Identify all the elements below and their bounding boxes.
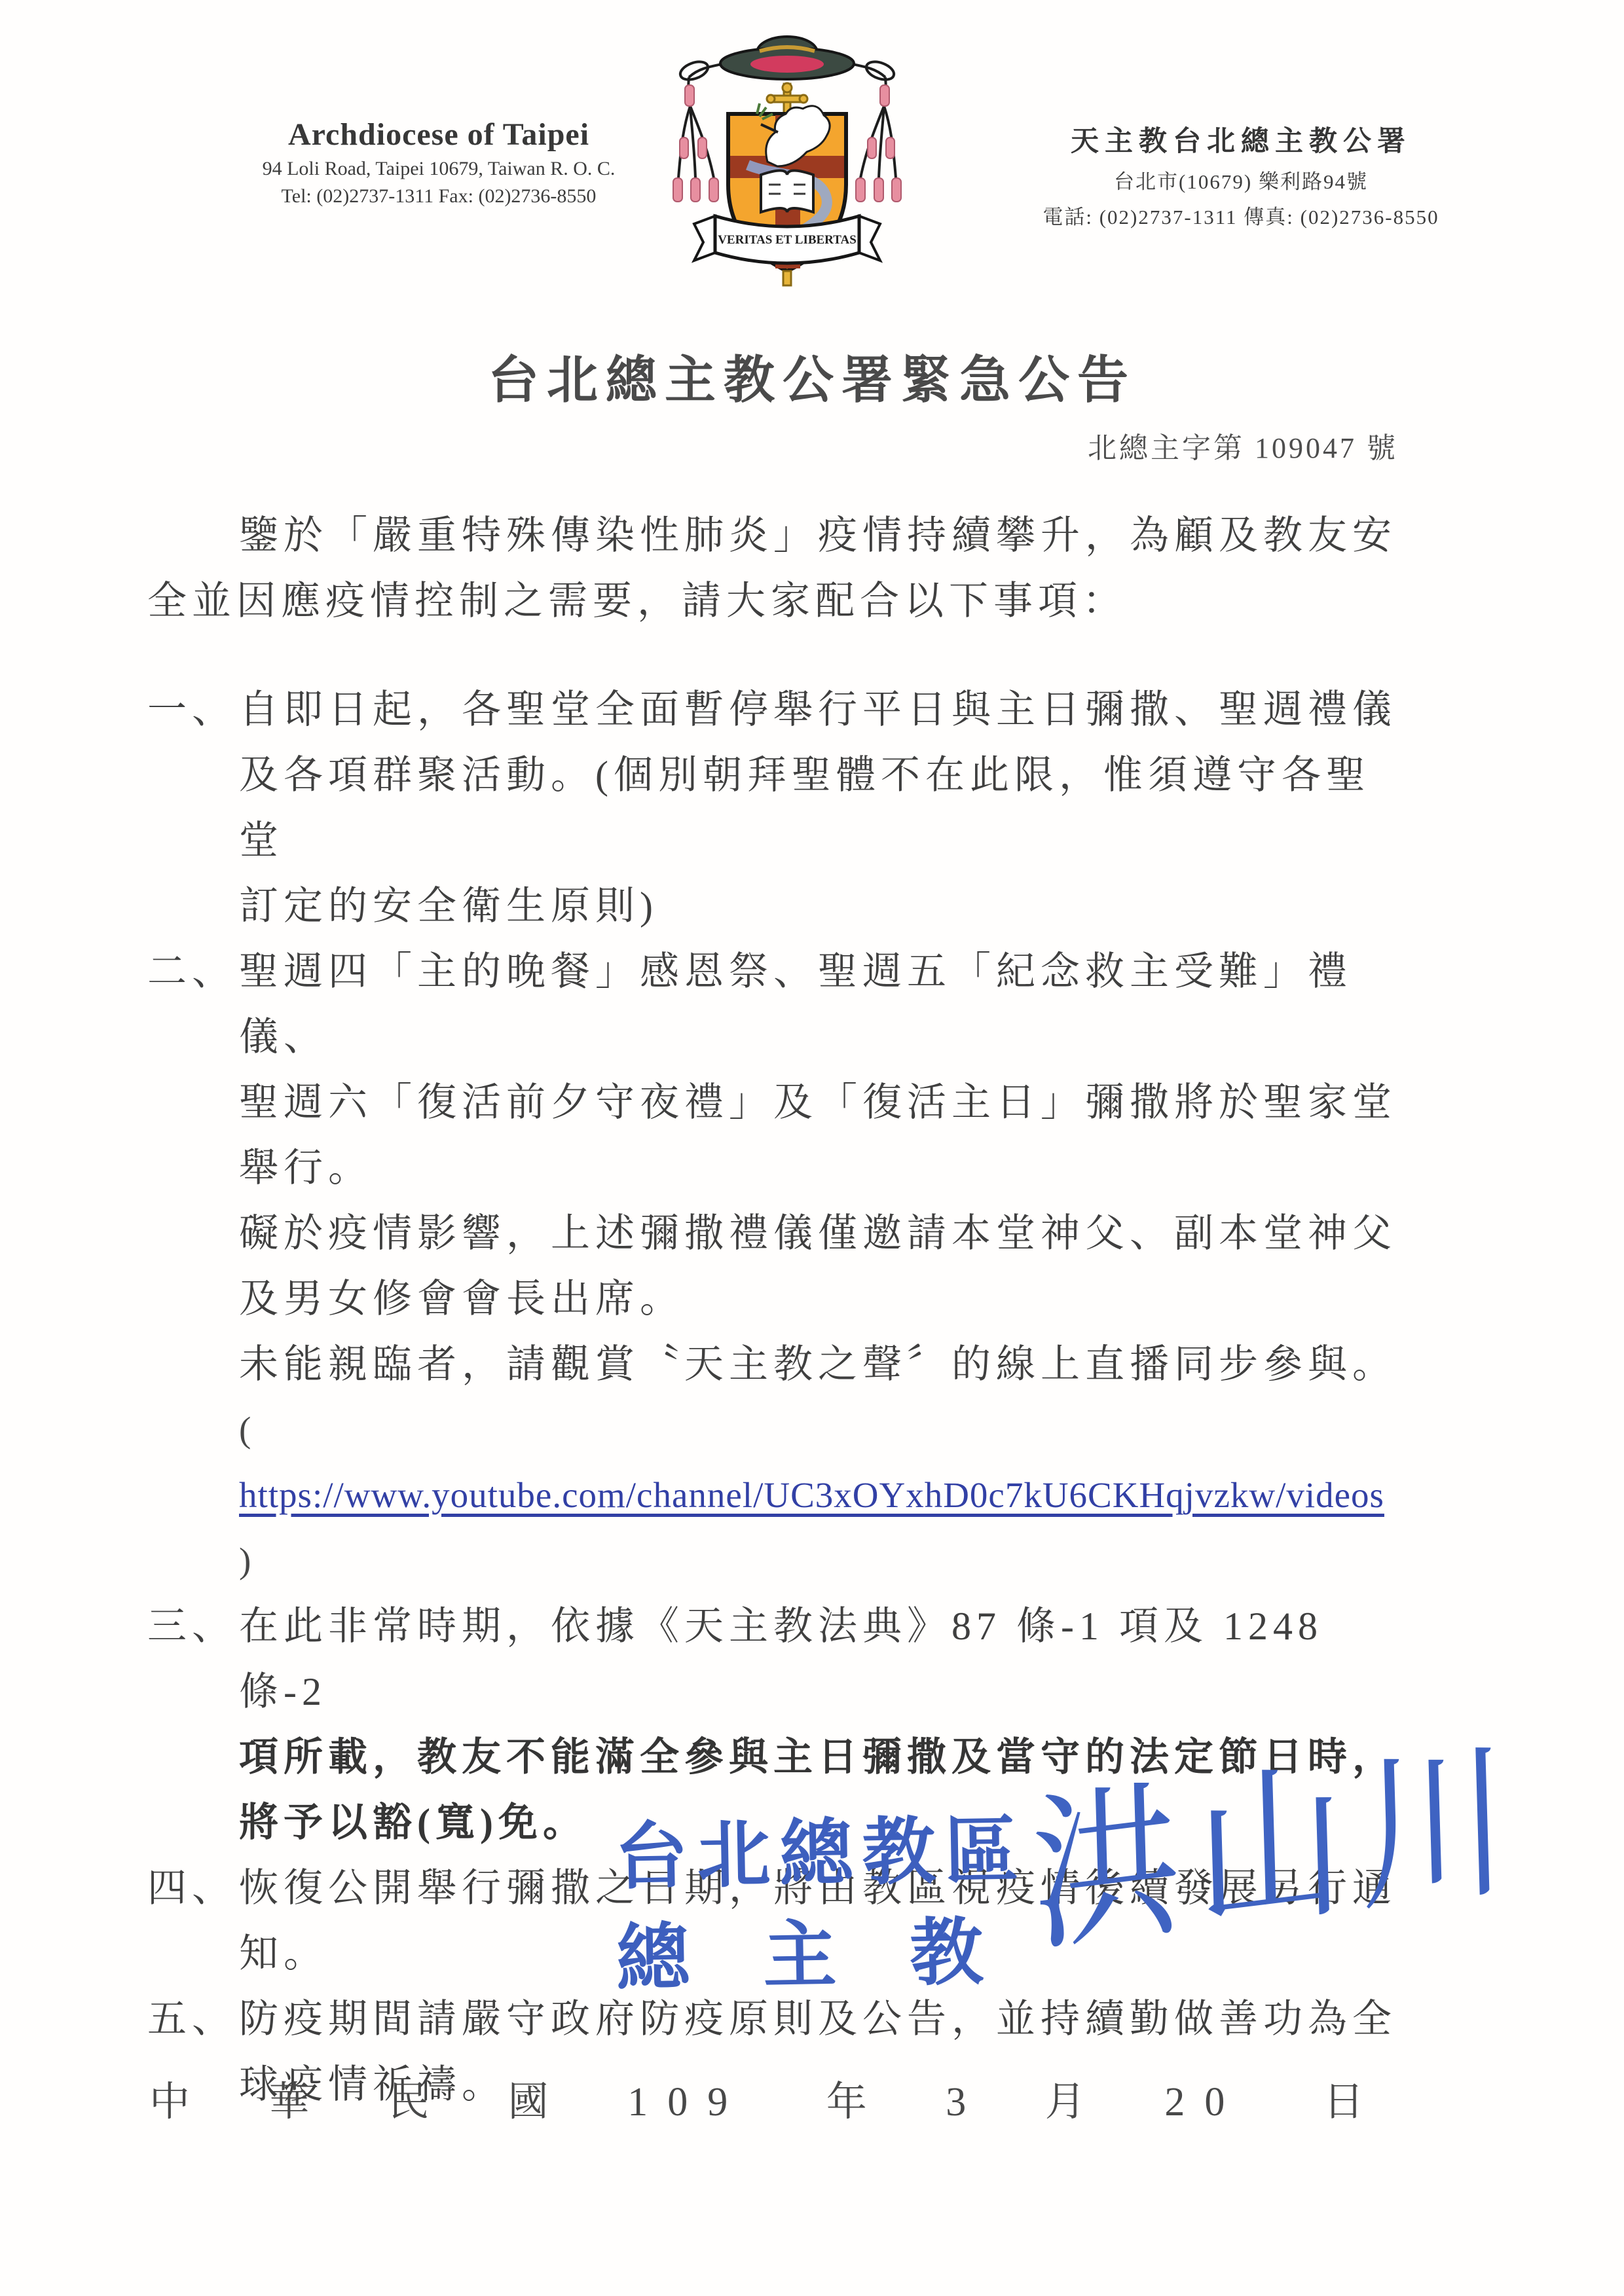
phone-fax-en: Tel: (02)2737-1311 Fax: (02)2736-8550 [210, 185, 668, 208]
address-en: 94 Loli Road, Taipei 10679, Taiwan R. O.… [210, 158, 668, 180]
date-part: 華 [269, 2069, 310, 2127]
phone-fax-zh: 電話: (02)2737-1311 傳真: (02)2736-8550 [1002, 200, 1480, 230]
item-content: 自即日起，各聖堂全面暫停舉行平日與主日彌撒、聖週禮儀 及各項群聚活動。(個別朝拜… [239, 677, 1398, 939]
close-paren: ) [239, 1540, 251, 1580]
item-label: 一、 [147, 677, 239, 742]
item-text: 聖週四「主的晚餐」感恩祭、聖週五「紀念救主受難」禮儀、 聖週六「復活前夕守夜禮」… [239, 939, 1398, 1201]
item-label: 五、 [147, 1986, 239, 2052]
date-year: 109 [627, 2079, 747, 2126]
coat-of-arms-icon: VERITAS ET LIBERTAS [669, 27, 905, 289]
date-day: 20 [1164, 2079, 1244, 2126]
list-item-1: 一、 自即日起，各聖堂全面暫停舉行平日與主日彌撒、聖週禮儀 及各項群聚活動。(個… [147, 677, 1398, 939]
org-name-zh: 天主教台北總主教公署 [1002, 119, 1480, 159]
shield-tip [783, 271, 791, 285]
item-text: 未能親臨者，請觀賞〝天主教之聲〞的線上直播同步參與。 [239, 1332, 1398, 1397]
announcement-document: Archdiocese of Taipei 94 Loli Road, Taip… [0, 0, 1624, 2296]
header-right: 天主教台北總主教公署 台北市(10679) 樂利路94號 電話: (02)273… [1002, 119, 1480, 230]
date-part: 月 [1045, 2069, 1086, 2127]
intro-paragraph: 鑒於「嚴重特殊傳染性肺炎」疫情持續攀升，為顧及教友安 全並因應疫情控制之需要，請… [147, 503, 1398, 634]
date-line: 中 華 民 國 109 年 3 月 20 日 [149, 2069, 1364, 2127]
org-name-en: Archdiocese of Taipei [210, 117, 668, 153]
youtube-link-line: ( https://www.youtube.com/channel/UC3xOY… [239, 1397, 1398, 1594]
date-part: 國 [508, 2069, 549, 2127]
date-part: 年 [826, 2069, 867, 2127]
open-paren: ( [239, 1410, 251, 1449]
item-text: 礙於疫情影響，上述彌撒禮儀僅邀請本堂神父、副本堂神父 及男女修會會長出席。 [239, 1201, 1398, 1332]
page-title: 台北總主教公署緊急公告 [0, 339, 1624, 412]
address-zh: 台北市(10679) 樂利路94號 [1002, 165, 1480, 194]
open-book-icon [761, 171, 813, 213]
date-part: 中 [149, 2069, 190, 2127]
date-part: 民 [388, 2069, 429, 2127]
galero-hat-icon [720, 37, 854, 79]
tassels-right-icon [840, 58, 901, 202]
tassels-left-icon [673, 58, 735, 202]
item-text: 自即日起，各聖堂全面暫停舉行平日與主日彌撒、聖週禮儀 及各項群聚活動。(個別朝拜… [239, 677, 1398, 939]
date-month: 3 [946, 2079, 966, 2126]
item-label: 四、 [147, 1855, 239, 1921]
list-item-2: 二、 聖週四「主的晚餐」感恩祭、聖週五「紀念救主受難」禮儀、 聖週六「復活前夕守… [147, 939, 1398, 1594]
date-part: 日 [1323, 2069, 1364, 2127]
item-label: 二、 [147, 939, 239, 1004]
motto-text: VERITAS ET LIBERTAS [718, 233, 857, 247]
item-content: 聖週四「主的晚餐」感恩祭、聖週五「紀念救主受難」禮儀、 聖週六「復活前夕守夜禮」… [239, 939, 1398, 1594]
youtube-link[interactable]: https://www.youtube.com/channel/UC3xOYxh… [239, 1475, 1384, 1515]
item-label: 三、 [147, 1594, 239, 1659]
item-text-normal: 在此非常時期，依據《天主教法典》87 條-1 項及 1248 條-2 [239, 1605, 1323, 1713]
doc-number: 北總主字第 109047 號 [147, 424, 1398, 466]
header-left: Archdiocese of Taipei 94 Loli Road, Taip… [210, 117, 668, 208]
